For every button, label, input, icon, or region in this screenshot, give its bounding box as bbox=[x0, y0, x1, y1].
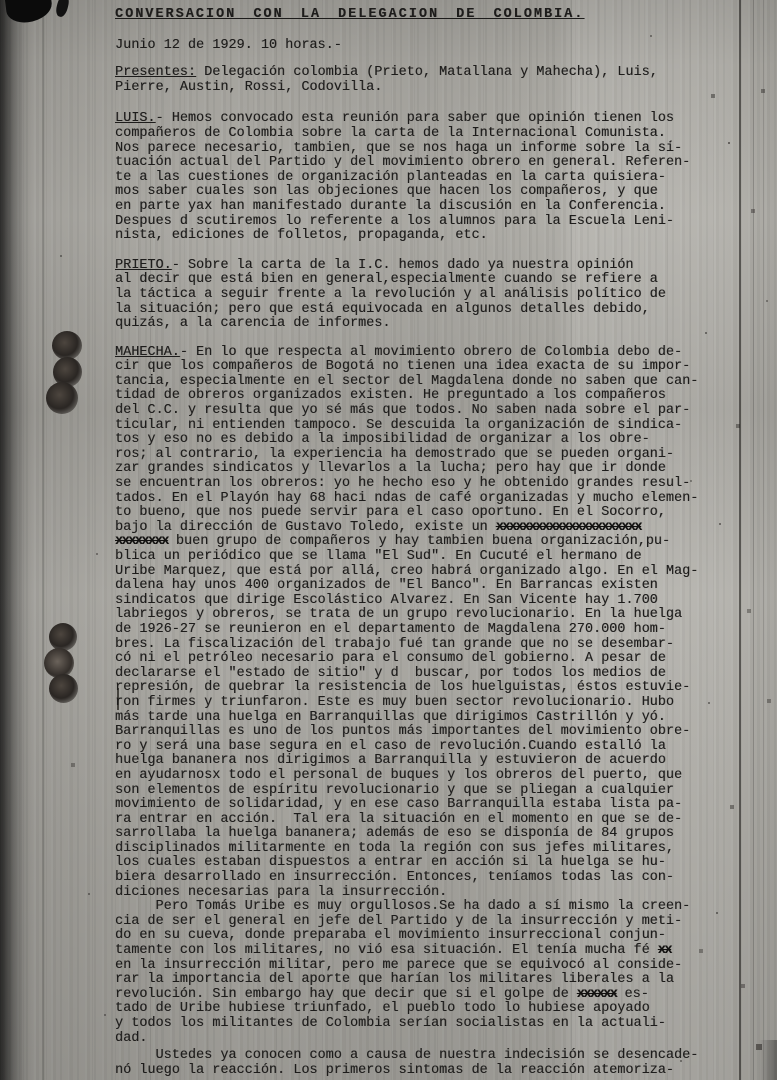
text-line: dalena hay unos 400 organizados de "El B… bbox=[115, 579, 725, 594]
text-line: to bueno, que nos puede servir para el c… bbox=[115, 506, 725, 521]
text-line: tuación actual del Partido y del movimie… bbox=[115, 156, 725, 171]
text-line: del C.C. y resulta que yo sé más que tod… bbox=[115, 404, 725, 419]
page-left-edge-shadow bbox=[0, 0, 34, 1080]
document-title-text: CONVERSACION CON LA DELEGACION DE COLOMB… bbox=[115, 7, 584, 22]
text-line: en parte yax han manifestado durante la … bbox=[115, 200, 725, 215]
crossed-out-text: xx bbox=[658, 943, 671, 958]
text-line: los cuales estaban dispuestos a entrar e… bbox=[115, 856, 725, 871]
text-line: Pero Tomás Uribe es muy orgullosos.Se ha… bbox=[115, 900, 725, 915]
crossed-out-text: xxxxxxxx bbox=[115, 534, 168, 549]
speech-mahecha-reaccion: Ustedes ya conocen como a causa de nuest… bbox=[115, 1049, 725, 1078]
text-line: Uribe Marquez, que está por allá, creo h… bbox=[115, 565, 725, 580]
text-line: disciplinados militarmente en toda la re… bbox=[115, 842, 725, 857]
text-line: se encuentran los obreros: yo he hecho e… bbox=[115, 477, 725, 492]
speech-mahecha: MAHECHA.- En lo que respecta al movimien… bbox=[115, 346, 725, 901]
text-line: cia de ser el general en jefe del Partid… bbox=[115, 915, 725, 930]
text-line: labriegos y obreros, se trata de un grup… bbox=[115, 608, 725, 623]
text-line: represión, de quebrar la resistencia de … bbox=[115, 681, 725, 696]
document-body: Presentes: Delegación colombia (Prieto, … bbox=[115, 66, 725, 1078]
page-corner-shadow bbox=[759, 1040, 777, 1080]
text-line: la táctica a seguir frente a la revoluci… bbox=[115, 288, 725, 303]
text-line: Ustedes ya conocen como a causa de nuest… bbox=[115, 1049, 725, 1064]
text-line: ros; al contrario, la experiencia ha dem… bbox=[115, 448, 725, 463]
text-line: tado de Uribe hubiese triunfado, el pueb… bbox=[115, 1002, 725, 1017]
fold-line bbox=[763, 0, 764, 1080]
text-line: ra entrar en acción. Tal era la situació… bbox=[115, 813, 725, 828]
ink-smudge bbox=[54, 0, 70, 18]
text-line: en ayudarnosx todo el personal de buques… bbox=[115, 769, 725, 784]
text-line: en la insurrección militar, pero me pare… bbox=[115, 959, 725, 974]
text-line: de 1926-27 se reunieron en el departamen… bbox=[115, 623, 725, 638]
attendees: Presentes: Delegación colombia (Prieto, … bbox=[115, 66, 725, 95]
fold-line bbox=[753, 0, 754, 1080]
text-line: MAHECHA.- En lo que respecta al movimien… bbox=[115, 346, 725, 361]
punch-hole bbox=[49, 674, 78, 703]
text-line: tancia, especialmente en el sector del M… bbox=[115, 375, 725, 390]
text-line: huelga bananera nos dirigimos a Barranqu… bbox=[115, 754, 725, 769]
text-line: xxxxxxxx buen grupo de compañeros y hay … bbox=[115, 535, 725, 550]
text-line: tados. En el Playón hay 68 haci ndas de … bbox=[115, 492, 725, 507]
text-line: ro y será una base segura en el caso de … bbox=[115, 740, 725, 755]
text-line: más tarde una huelga en Barranquillas qu… bbox=[115, 711, 725, 726]
text-line: tamente con los militares, no vió esa si… bbox=[115, 944, 725, 959]
speech-prieto: PRIETO.- Sobre la carta de la I.C. hemos… bbox=[115, 259, 725, 332]
text-line: nó luego la reacción. Los primeros sinto… bbox=[115, 1064, 725, 1079]
text-line: bres. La fiscalización del trabajo fué t… bbox=[115, 638, 725, 653]
text-line: zar grandes sindicatos y llevarlos a la … bbox=[115, 462, 725, 477]
text-line: biera desarrollado en insurrección. Ento… bbox=[115, 871, 725, 886]
text-line: sarrollaba la huelga bananera; además de… bbox=[115, 827, 725, 842]
text-line: movimiento de solidaridad, y en ese caso… bbox=[115, 798, 725, 813]
text-line: diciones necesarias para la insurrección… bbox=[115, 886, 725, 901]
text-line: son elementos de espíritu revolucionario… bbox=[115, 784, 725, 799]
text-line: rar la importancia del aporte que harían… bbox=[115, 973, 725, 988]
text-line: Pierre, Austin, Rossi, Codovilla. bbox=[115, 81, 725, 96]
crossed-out-text: xxxxxxxxxxxxxxxxxxxxxx bbox=[496, 520, 641, 535]
document-title: CONVERSACION CON LA DELEGACION DE COLOMB… bbox=[115, 8, 725, 23]
text-line: sindicatos que dirige Escolástico Alvare… bbox=[115, 594, 725, 609]
text-line: mos saber cuales son las objeciones que … bbox=[115, 185, 725, 200]
text-line: Despues d scutiremos lo referente a los … bbox=[115, 215, 725, 230]
text-line: cir que los compañeros de Bogotá no tien… bbox=[115, 360, 725, 375]
speech-luis: LUIS.- Hemos convocado esta reunión para… bbox=[115, 112, 725, 243]
punch-hole bbox=[52, 331, 82, 360]
text-line: revolución. Sin embargo hay que decir qu… bbox=[115, 988, 725, 1003]
speech-mahecha-uribe: Pero Tomás Uribe es muy orgullosos.Se ha… bbox=[115, 900, 725, 1046]
text-line: dad. bbox=[115, 1032, 725, 1047]
fold-line bbox=[42, 0, 44, 1080]
text-line: Presentes: Delegación colombia (Prieto, … bbox=[115, 66, 725, 81]
fold-line bbox=[739, 0, 741, 1080]
scanned-document-page: CONVERSACION CON LA DELEGACION DE COLOMB… bbox=[0, 0, 777, 1080]
crossed-out-text: xxxxxx bbox=[577, 987, 617, 1002]
punch-hole bbox=[46, 382, 78, 414]
text-line: y todos los militantes de Colombia sería… bbox=[115, 1017, 725, 1032]
text-line: declararse el "estado de sitio" y d busc… bbox=[115, 667, 725, 682]
text-line: ticular, ni entienden tampoco. Se descui… bbox=[115, 419, 725, 434]
text-line: te a las cuestiones de organización plan… bbox=[115, 171, 725, 186]
text-line: blica un periódico que se llama "El Sud"… bbox=[115, 550, 725, 565]
text-line: Nos parece necesario, tambien, que se no… bbox=[115, 142, 725, 157]
text-line: al decir que está bien en general,especi… bbox=[115, 273, 725, 288]
text-line: nista, ediciones de folletos, propaganda… bbox=[115, 229, 725, 244]
text-line: Barranquillas es uno de los puntos más i… bbox=[115, 725, 725, 740]
text-line: do en su cueva, donde preparaba el movim… bbox=[115, 929, 725, 944]
text-line: ron firmes y triunfaron. Este es muy bue… bbox=[115, 696, 725, 711]
text-line: bajo la dirección de Gustavo Toledo, exi… bbox=[115, 521, 725, 536]
text-line: LUIS.- Hemos convocado esta reunión para… bbox=[115, 112, 725, 127]
text-line: la situación; pero que está equivocada e… bbox=[115, 303, 725, 318]
punch-hole bbox=[49, 623, 77, 651]
text-line: compañeros de Colombia sobre la carta de… bbox=[115, 127, 725, 142]
text-line: PRIETO.- Sobre la carta de la I.C. hemos… bbox=[115, 259, 725, 274]
date-line: Junio 12 de 1929. 10 horas.- bbox=[115, 39, 725, 54]
text-line: tidad de obreros organizados existen. He… bbox=[115, 389, 725, 404]
paper-speckles bbox=[0, 0, 2, 2]
text-line: tos y eso no es debido a la imposibilida… bbox=[115, 433, 725, 448]
text-line: có ni el petróleo necesario para el cons… bbox=[115, 652, 725, 667]
text-line: quizás, a la carencia de informes. bbox=[115, 317, 725, 332]
typewritten-text: CONVERSACION CON LA DELEGACION DE COLOMB… bbox=[115, 8, 725, 1078]
